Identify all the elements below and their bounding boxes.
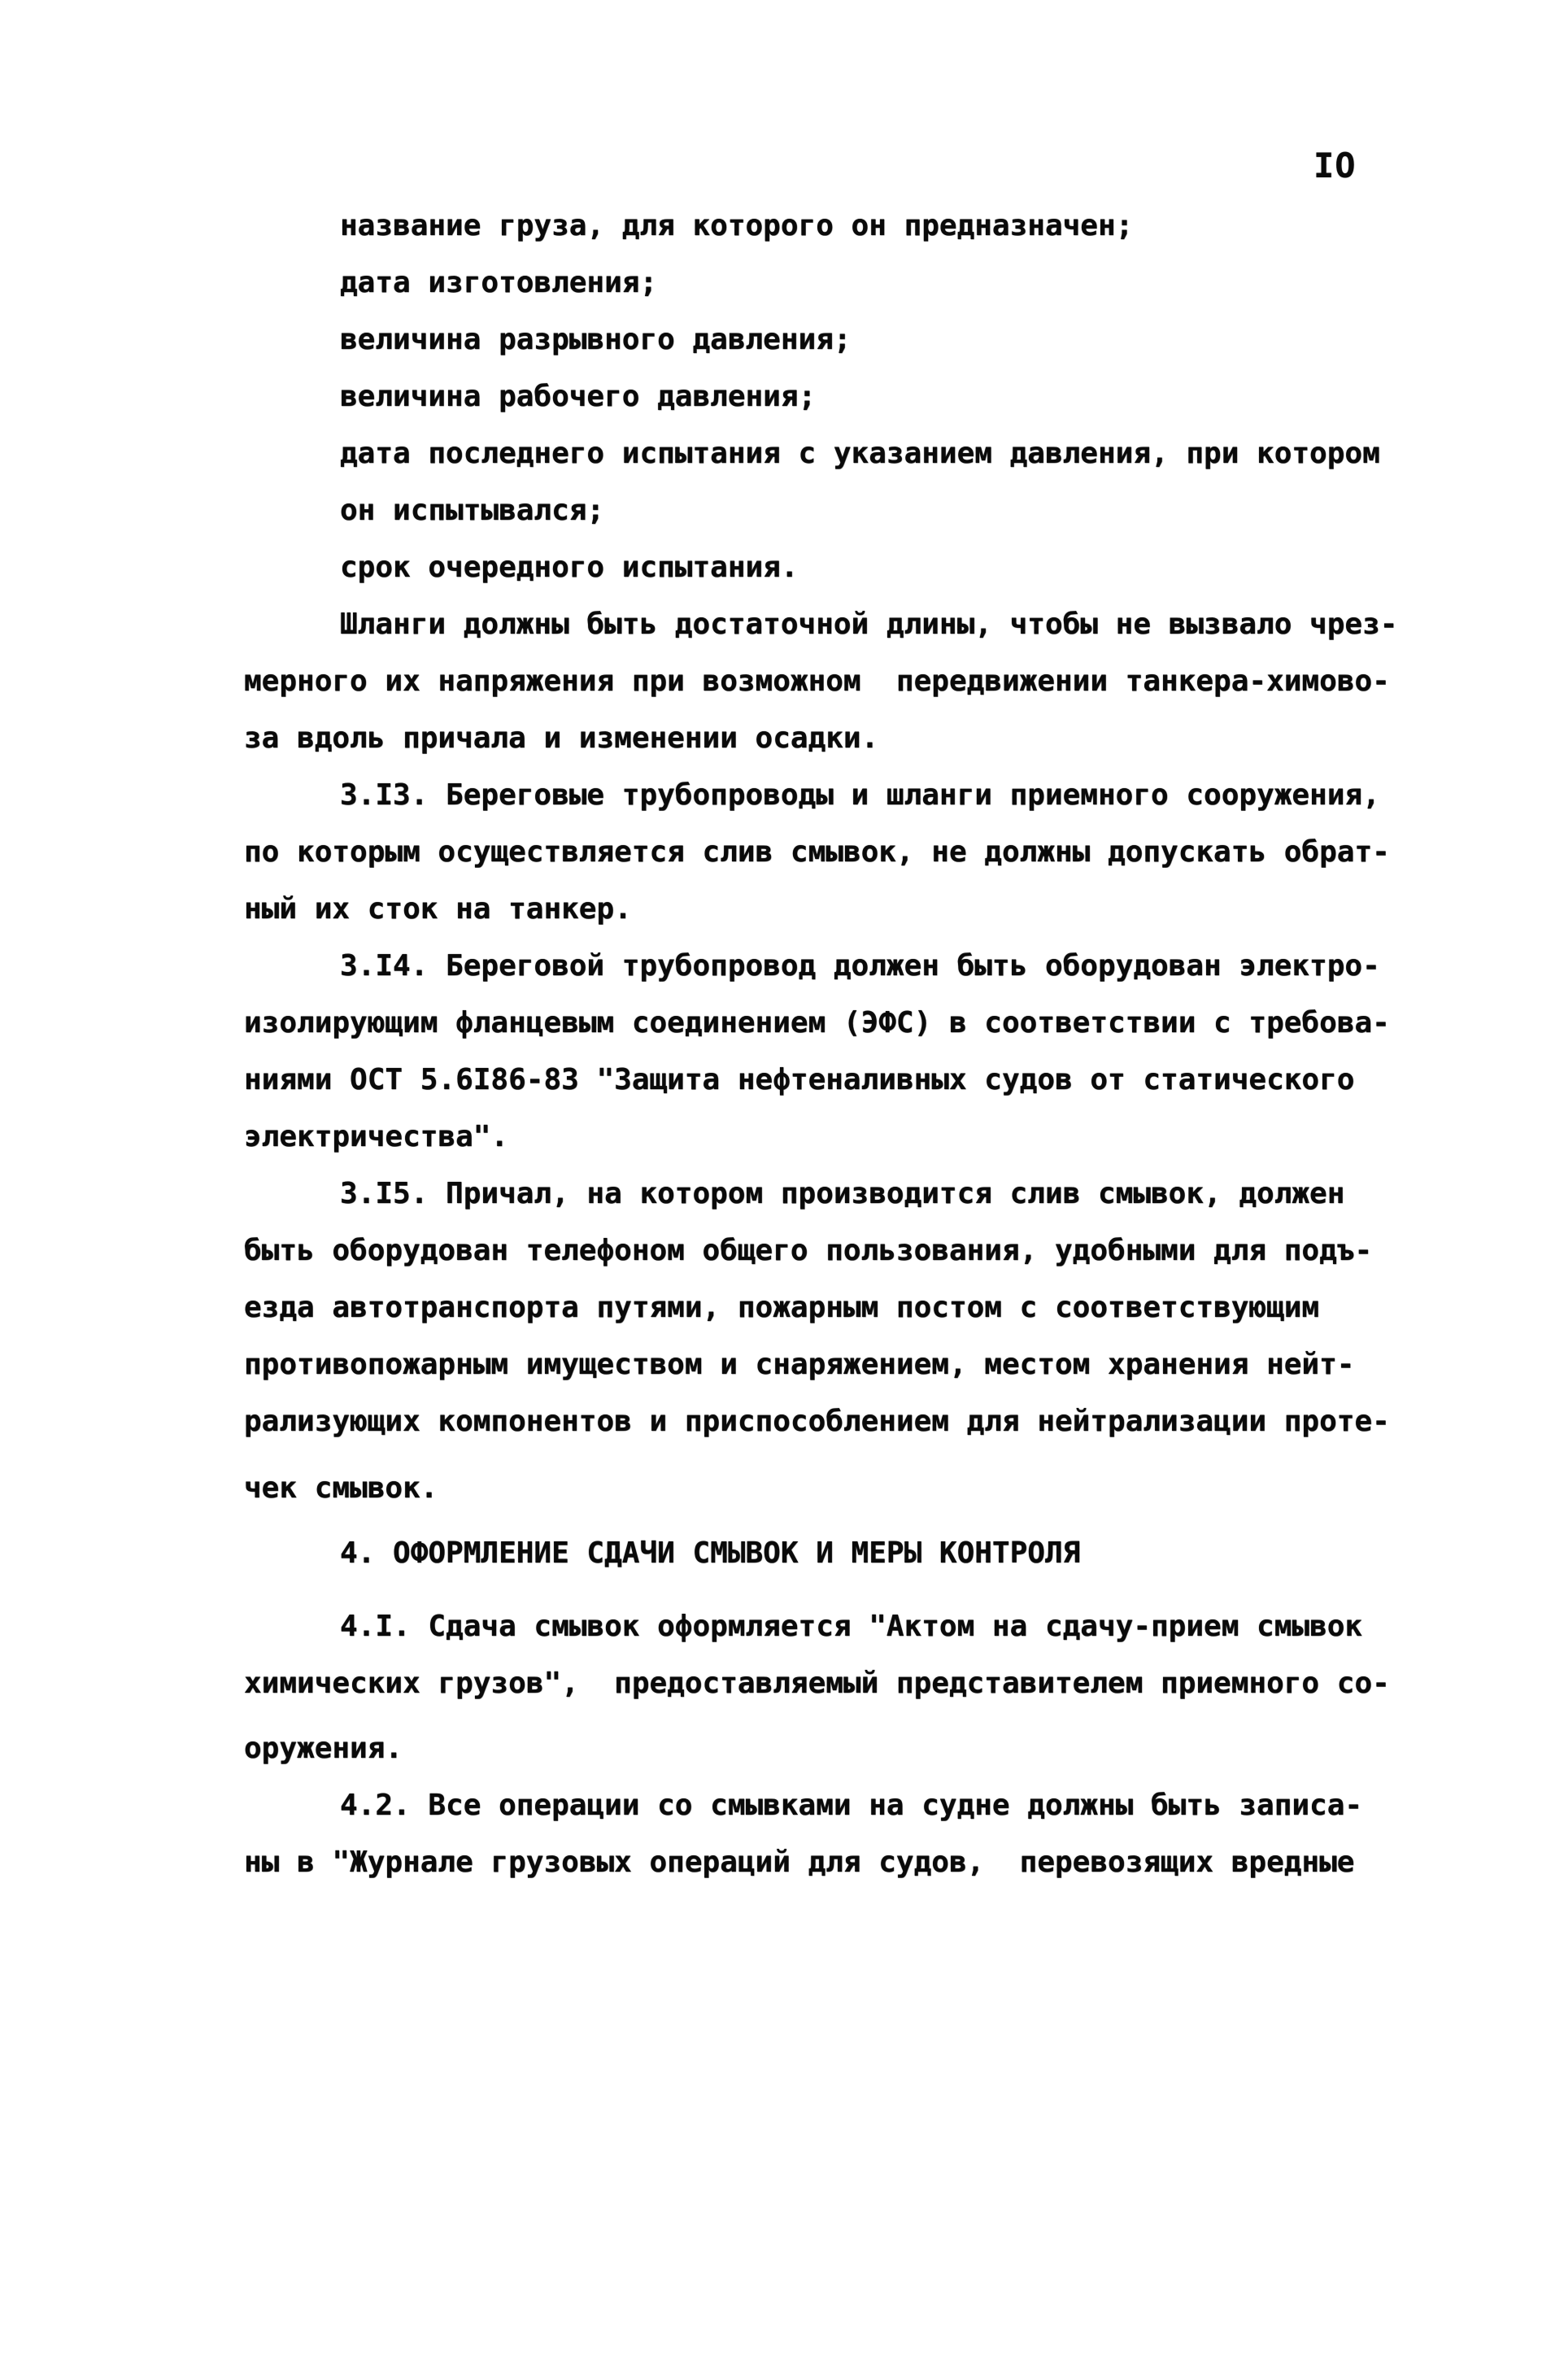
scanned-document-page: IO название груза, для которого он предн… xyxy=(0,0,1564,2380)
list-item-line: дата последнего испытания с указанием да… xyxy=(340,425,1423,482)
paragraph-line: противопожарным имуществом и снаряжением… xyxy=(244,1336,1423,1393)
paragraph-line: изолирующим фланцевым соединением (ЭФС) … xyxy=(244,995,1423,1052)
list-item-line: величина рабочего давления; xyxy=(340,368,1423,425)
paragraph-line: ный их сток на танкер. xyxy=(244,881,1423,938)
paragraph-line: химических грузов", предоставляемый пред… xyxy=(244,1655,1423,1712)
paragraph-line: по которым осуществляется слив смывок, н… xyxy=(244,824,1423,881)
paragraph-line: мерного их напряжения при возможном пере… xyxy=(244,653,1423,710)
document-text-block: название груза, для которого он предназн… xyxy=(244,198,1423,1891)
paragraph-line: ниями ОСТ 5.6I86-83 "Защита нефтеналивны… xyxy=(244,1052,1423,1109)
paragraph-line: оружения. xyxy=(244,1720,1423,1777)
paragraph-line: 4.I. Сдача смывок оформляется "Актом на … xyxy=(340,1598,1423,1655)
page-number: IO xyxy=(1313,149,1357,183)
paragraph-line: рализующих компонентов и приспособлением… xyxy=(244,1393,1423,1450)
paragraph-line: электричества". xyxy=(244,1109,1423,1166)
list-item-line: дата изготовления; xyxy=(340,255,1423,312)
paragraph-line: чек смывок. xyxy=(244,1460,1423,1517)
list-item-line: название груза, для которого он предназн… xyxy=(340,198,1423,255)
paragraph-line: Шланги должны быть достаточной длины, чт… xyxy=(340,596,1423,653)
paragraph-line: 3.I3. Береговые трубопроводы и шланги пр… xyxy=(340,767,1423,824)
section-heading: 4. ОФОРМЛЕНИЕ СДАЧИ СМЫВОК И МЕРЫ КОНТРО… xyxy=(340,1525,1423,1582)
list-item-line: он испытывался; xyxy=(340,482,1423,539)
paragraph-line: 4.2. Все операции со смывками на судне д… xyxy=(340,1777,1423,1834)
paragraph-line: езда автотранспорта путями, пожарным пос… xyxy=(244,1279,1423,1336)
paragraph-line: ны в "Журнале грузовых операций для судо… xyxy=(244,1834,1423,1891)
paragraph-line: быть оборудован телефоном общего пользов… xyxy=(244,1223,1423,1279)
list-item-line: срок очередного испытания. xyxy=(340,539,1423,596)
paragraph-line: 3.I5. Причал, на котором производится сл… xyxy=(340,1166,1423,1223)
paragraph-line: 3.I4. Береговой трубопровод должен быть … xyxy=(340,938,1423,995)
paragraph-line: за вдоль причала и изменении осадки. xyxy=(244,710,1423,767)
list-item-line: величина разрывного давления; xyxy=(340,312,1423,368)
